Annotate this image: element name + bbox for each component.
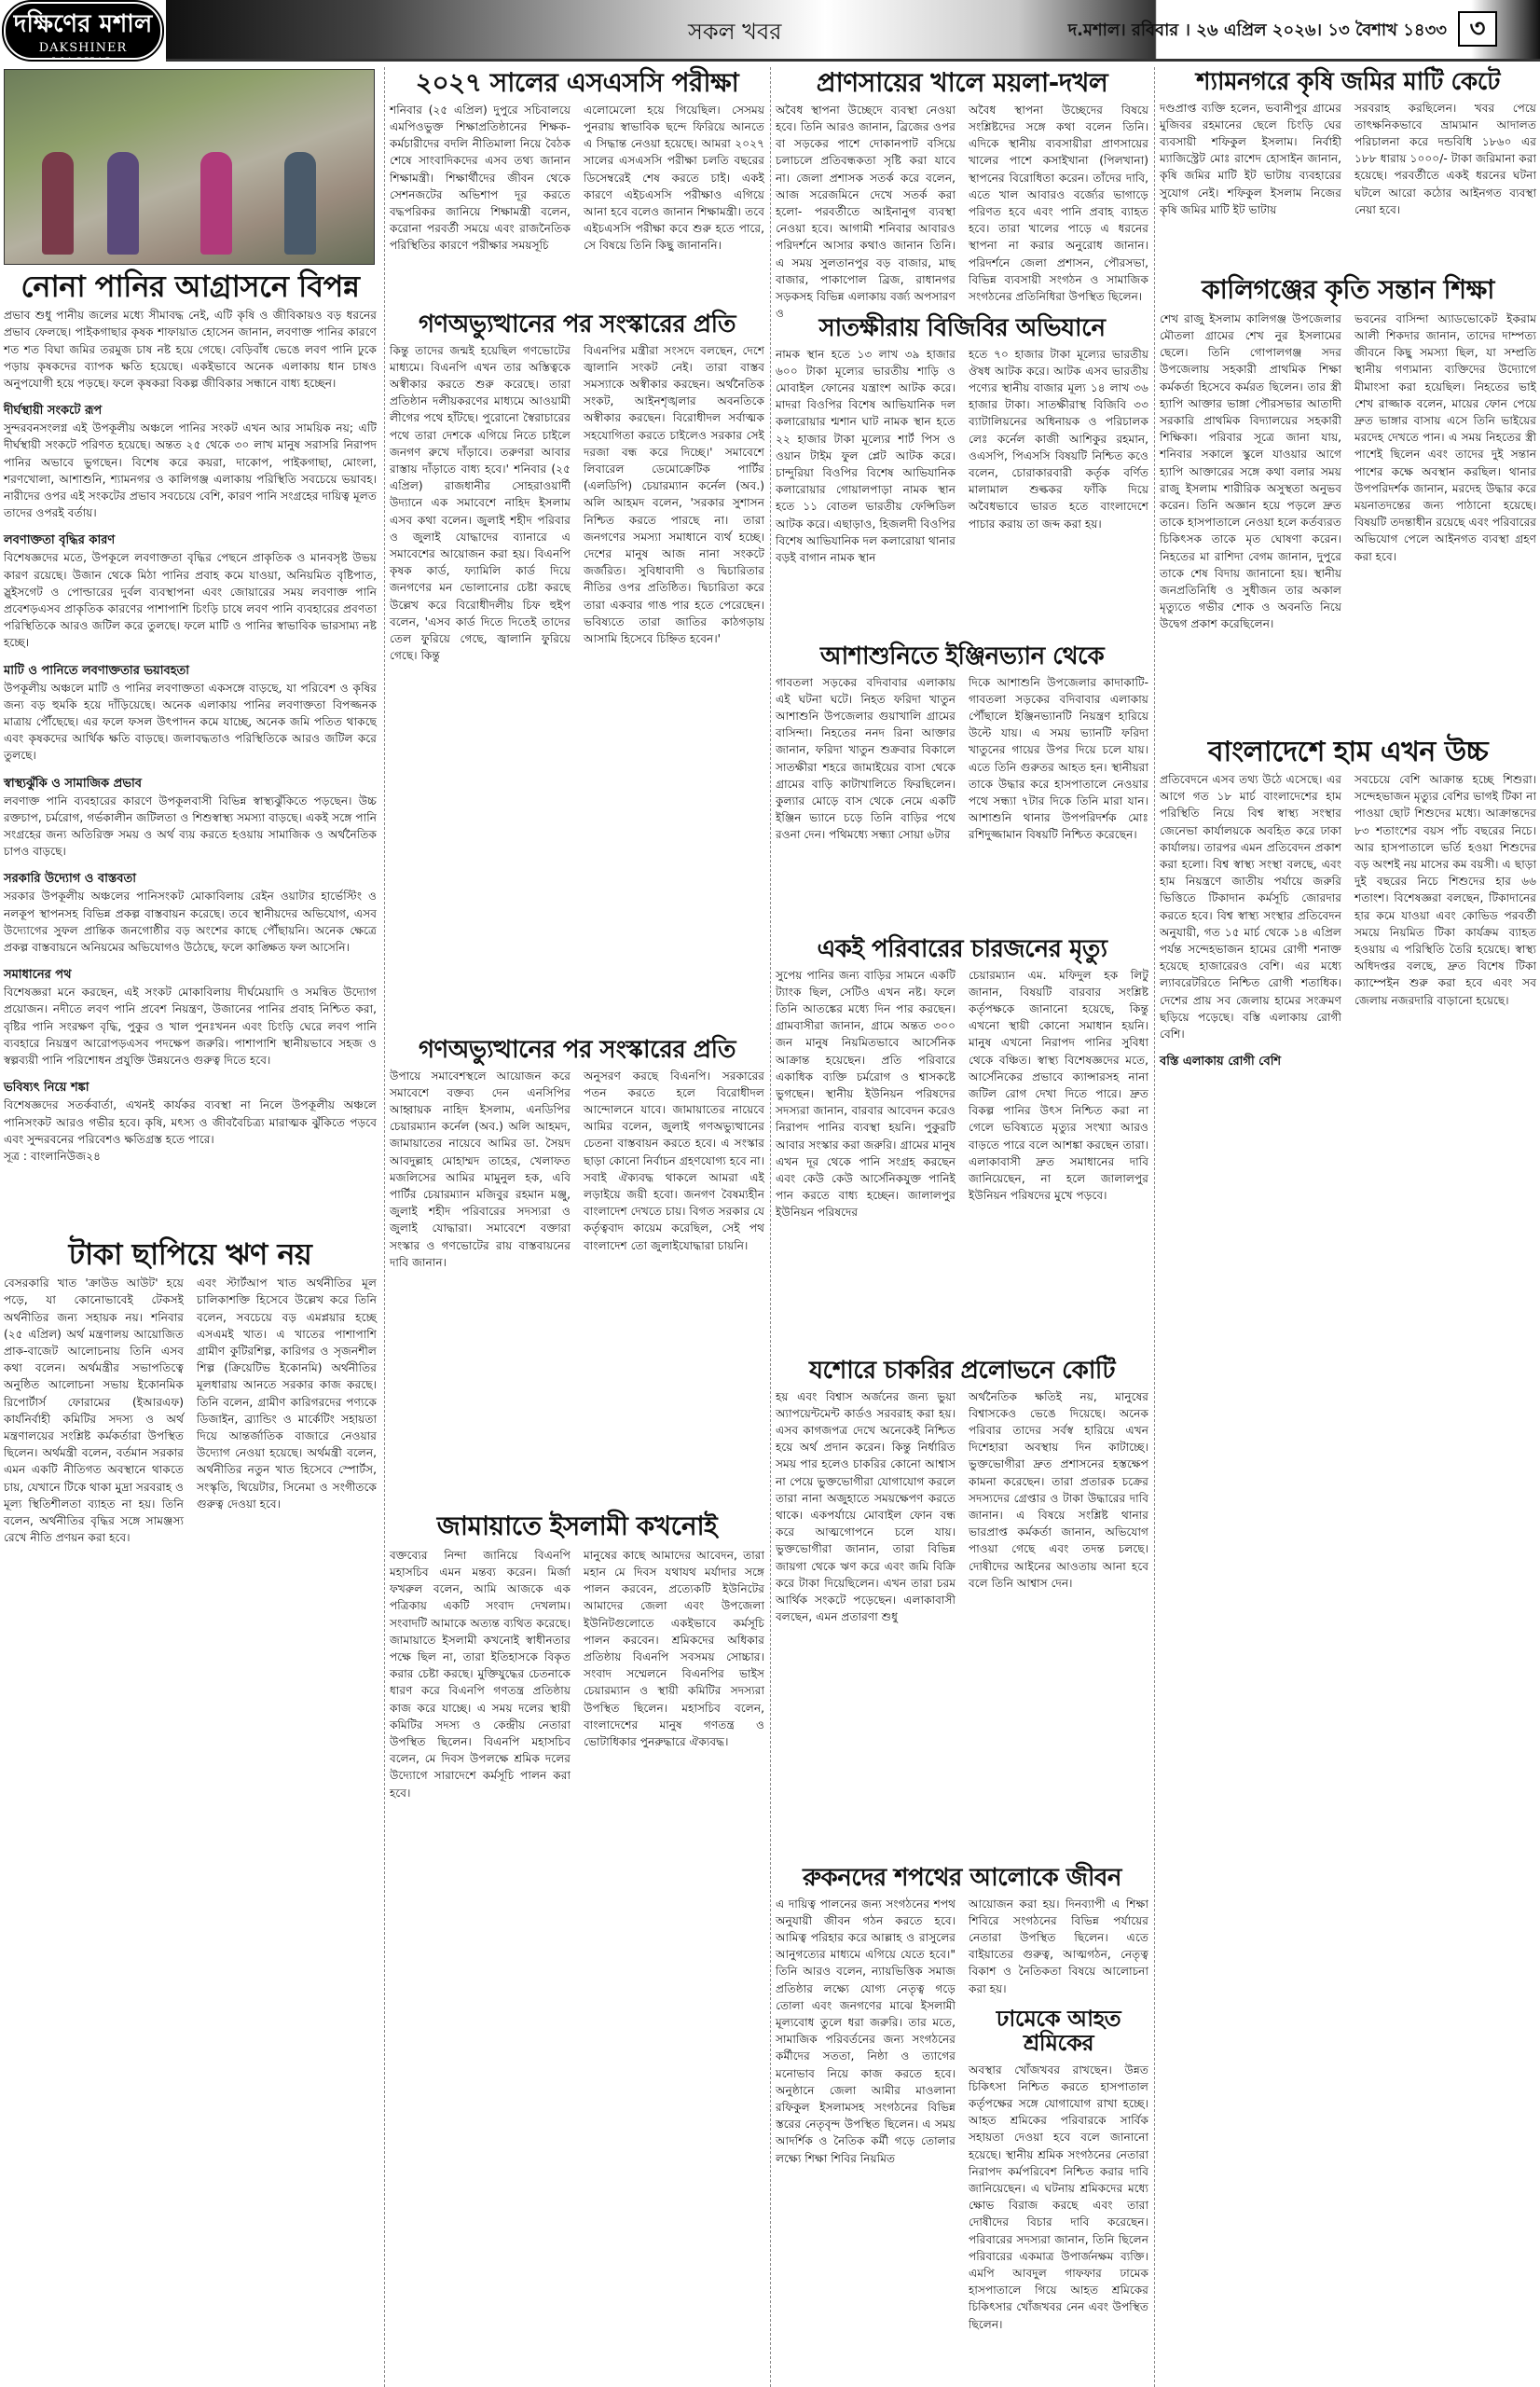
story-text-left: দণ্ডপ্রাপ্ত ব্যক্তি হলেন, ভবানীপুর গ্রাম… [1160,100,1341,218]
subheading: স্বাস্থ্যঝুঁকি ও সামাজিক প্রভাব [4,776,377,793]
story-ssc: ২০২৭ সালের এসএসসি পরীক্ষা শনিবার (২৫ এপ্… [390,69,764,255]
photo-figure [107,152,139,255]
headline: ঢামেকে আহত শ্রমিকের [969,2007,1148,2056]
section-body: সুন্দরবনসংলগ্ন এই উপকূলীয় অঞ্চলে পানির … [4,420,377,521]
logo-bengali: দক্ষিণের মশাল [6,4,160,41]
story-intro: প্রভাব শুধু পানীয় জলের মধ্যে সীমাবদ্ধ ন… [4,307,377,392]
story-text-right: সরবরাহ করছিলেন। খবর পেয়ে তাৎক্ষনিকভাবে … [1354,100,1536,218]
headline: সাতক্ষীরায় বিজিবির অভিযানে [776,315,1148,342]
story-text-right: এলোমেলো হয়ে গিয়েছিল। সেসময় পুনরায় স্… [584,102,764,255]
story-text-left: অবৈধ স্থাপনা উচ্ছেদে ব্যবস্থা নেওয়া হবে… [776,102,956,323]
masthead-banner: সকল খবর দ.মশাল। রবিবার । ২৬ এপ্রিল ২০২৬।… [166,0,1540,62]
story-reform-2: গণঅভ্যুত্থানের পর সংস্কারের প্রতি উপায়ে… [390,1037,764,1271]
story-text-left: প্রতিবেদনে এসব তথ্য উঠে এসেছে। এর আগে গত… [1160,771,1341,1042]
story-ashashuni: আশাশুনিতে ইঞ্জিনভ্যান থেকে গাবতলা সড়কের… [776,643,1148,844]
story-text-left: বক্তব্যের নিন্দা জানিয়ে বিএনপি মহাসচিব … [390,1547,571,1801]
headline: একই পরিবারের চারজনের মৃত্যু [776,936,1148,963]
story-text: অবস্থার খোঁজখবর রাখছেন। উন্নত চিকিৎসা নি… [969,2062,1148,2333]
photo-figure [42,152,74,255]
subheading: সরকারি উদ্যোগ ও বাস্তবতা [4,871,377,888]
story-text-left: গাবতলা সড়কের বদিবাবার এলাকায় এই ঘটনা ঘ… [776,674,956,844]
story-text-left: হয় এবং বিশ্বাস অর্জনের জন্য ভুয়া অ্যাপ… [776,1388,956,1626]
column-divider [1154,67,1155,2387]
story-text-right: আয়োজন করা হয়। দিনব্যাপী এ শিক্ষা শিবির… [969,1896,1148,1997]
headline: টাকা ছাপিয়ে ঋণ নয় [4,1238,377,1271]
subheading: মাটি ও পানিতে লবণাক্ততার ভয়াবহতা [4,663,377,680]
story-text-right: এবং স্টার্টআপ খাত অর্থনীতির মূল চালিকাশক… [197,1275,377,1546]
story-family-deaths: একই পরিবারের চারজনের মৃত্যু সুপেয় পানির… [776,936,1148,1221]
story-text-right: অনুসরণ করছে বিএনপি। সরকারের পতন করতে হলে… [584,1068,764,1271]
story-reform-1: গণঅভ্যুত্থানের পর সংস্কারের প্রতি কিন্তু… [390,311,764,664]
page-number: ৩ [1458,11,1497,47]
story-salinity: নোনা পানির আগ্রাসনে বিপন্ন প্রভাব শুধু প… [4,270,377,1165]
story-text-left: কিন্তু তাদের জন্মই হয়েছিল গণভোটের মাধ্য… [390,342,571,665]
subheading: সমাধানের পথ [4,967,377,984]
story-shyamnagar: শ্যামনগরে কৃষি জমির মাটি কেটে দণ্ডপ্রাপ্… [1160,69,1536,218]
story-text-right: বিএনপির মন্ত্রীরা সংসদে বলছেন, দেশে জ্বা… [584,342,764,665]
story-text-left: সুপেয় পানির জন্য বাড়ির সামনে একটি ট্যা… [776,967,956,1221]
headline: নোনা পানির আগ্রাসনে বিপন্ন [4,270,377,303]
story-text-left: শনিবার (২৫ এপ্রিল) দুপুরে সচিবালয়ে এমপি… [390,102,571,255]
section-body: বিশেষজ্ঞদের মতে, উপকূলে লবণাক্ততা বৃদ্ধি… [4,549,377,651]
section-body: বিশেষজ্ঞদের সতর্কবার্তা, এখনই কার্যকর ব্… [4,1097,377,1148]
section-label: সকল খবর [688,15,781,52]
section-body: বিশেষজ্ঞরা মনে করছেন, এই সংকট মোকাবিলায়… [4,984,377,1069]
photo-figure [284,152,316,255]
newspaper-logo: দক্ষিণের মশাল DAKSHINER MASHAL [4,2,162,60]
headline: প্রাণসায়ের খালে ময়লা-দখল [776,69,1148,98]
headline: শ্যামনগরে কৃষি জমির মাটি কেটে [1160,69,1536,96]
story-text-left: নামক স্থান হতে ১৩ লাখ ৩৯ হাজার ৬০০ টাকা … [776,346,956,567]
source-credit: সূত্র : বাংলানিউজ২৪ [4,1148,377,1165]
story-text-left: বেসরকারি খাত 'ক্রাউড আউট' হয়ে পড়ে, যা … [4,1275,184,1546]
subheading: বস্তি এলাকায় রোগী বেশি [1160,1054,1536,1070]
headline: জামায়াতে ইসলামী কখনোই [390,1512,764,1541]
masthead: সকল খবর দ.মশাল। রবিবার । ২৬ এপ্রিল ২০২৬।… [0,0,1540,65]
logo-english: DAKSHINER MASHAL [6,41,160,71]
story-text-left: উপায়ে সমাবেশস্থলে আয়োজন করে সমাবেশে বক… [390,1068,571,1271]
headline: কালিগঞ্জের কৃতি সন্তান শিক্ষা [1160,276,1536,305]
column-divider [384,67,385,2387]
headline: রুকনদের শপথের আলোকে জীবন [776,1865,1148,1892]
section-body: সরকার উপকূলীয় অঞ্চলের পানিসংকট মোকাবিলা… [4,888,377,956]
headline: গণঅভ্যুত্থানের পর সংস্কারের প্রতি [390,311,764,338]
story-pransayer: প্রাণসায়ের খালে ময়লা-দখল অবৈধ স্থাপনা … [776,69,1148,322]
story-text-right: সবচেয়ে বেশি আক্রান্ত হচ্ছে শিশুরা। সন্দ… [1354,771,1536,1042]
story-text-right: চেয়ারম্যান এম. মফিদুল হক লিটু জানান, বি… [969,967,1148,1221]
story-text-right: অর্থনৈতিক ক্ষতিই নয়, মানুষের বিশ্বাসকেও… [969,1388,1148,1626]
section-body: লবণাক্ত পানি ব্যবহারের কারণে উপকূলবাসী ব… [4,793,377,861]
story-text-right: মানুষের কাছে আমাদের আবেদন, তারা মহান মে … [584,1547,764,1801]
story-kaliganj: কালিগঞ্জের কৃতি সন্তান শিক্ষা শেখ রাজু ই… [1160,276,1536,633]
story-rukon: রুকনদের শপথের আলোকে জীবন এ দায়িত্ব পালন… [776,1865,1148,2333]
story-text-right: হতে ৭০ হাজার টাকা মূল্যের ভারতীয় ঔষধ আট… [969,346,1148,567]
dateline: দ.মশাল। রবিবার । ২৬ এপ্রিল ২০২৬। ১৩ বৈশা… [1068,17,1447,46]
subheading: দীর্ঘস্থায়ী সংকটে রূপ [4,403,377,420]
story-text-left: শেখ রাজু ইসলাম কালিগঞ্জ উপজেলার মৌতলা গ্… [1160,310,1341,633]
story-text-left: এ দায়িত্ব পালনের জন্য সংগঠনের শপথ অনুযা… [776,1896,956,2333]
subheading: ভবিষ্যৎ নিয়ে শঙ্কা [4,1080,377,1097]
story-text-right: ভবনের বাসিন্দা অ্যাডভোকেট ইকরাম আলী শিকদ… [1354,310,1536,633]
story-jessore-fraud: যশোরে চাকরির প্রলোভনে কোটি হয় এবং বিশ্ব… [776,1358,1148,1625]
headline: গণঅভ্যুত্থানের পর সংস্কারের প্রতি [390,1037,764,1064]
story-jamaat: জামায়াতে ইসলামী কখনোই বক্তব্যের নিন্দা … [390,1512,764,1801]
story-loan: টাকা ছাপিয়ে ঋণ নয় বেসরকারি খাত 'ক্রাউড… [4,1238,377,1546]
column-divider [770,67,771,2387]
headline: বাংলাদেশে হাম এখন উচ্চ [1160,737,1536,767]
subheading: লবণাক্ততা বৃদ্ধির কারণ [4,532,377,549]
headline: আশাশুনিতে ইঞ্জিনভ্যান থেকে [776,643,1148,670]
headline: যশোরে চাকরির প্রলোভনে কোটি [776,1358,1148,1385]
headline: ২০২৭ সালের এসএসসি পরীক্ষা [390,69,764,98]
story-text-right: দিকে আশাশুনি উপজেলার কাদাকাটি- গাবতলা সড… [969,674,1148,844]
section-body: উপকূলীয় অঞ্চলে মাটি ও পানির লবণাক্ততা এ… [4,680,377,765]
story-bgb: সাতক্ষীরায় বিজিবির অভিযানে নামক স্থান হ… [776,315,1148,566]
story-text-right: অবৈধ স্থাপনা উচ্ছেদের বিষয়ে সংশ্লিষ্টদে… [969,102,1148,323]
story-measles: বাংলাদেশে হাম এখন উচ্চ প্রতিবেদনে এসব তথ… [1160,737,1536,1070]
lead-photo [4,69,375,265]
photo-figure [200,152,232,255]
